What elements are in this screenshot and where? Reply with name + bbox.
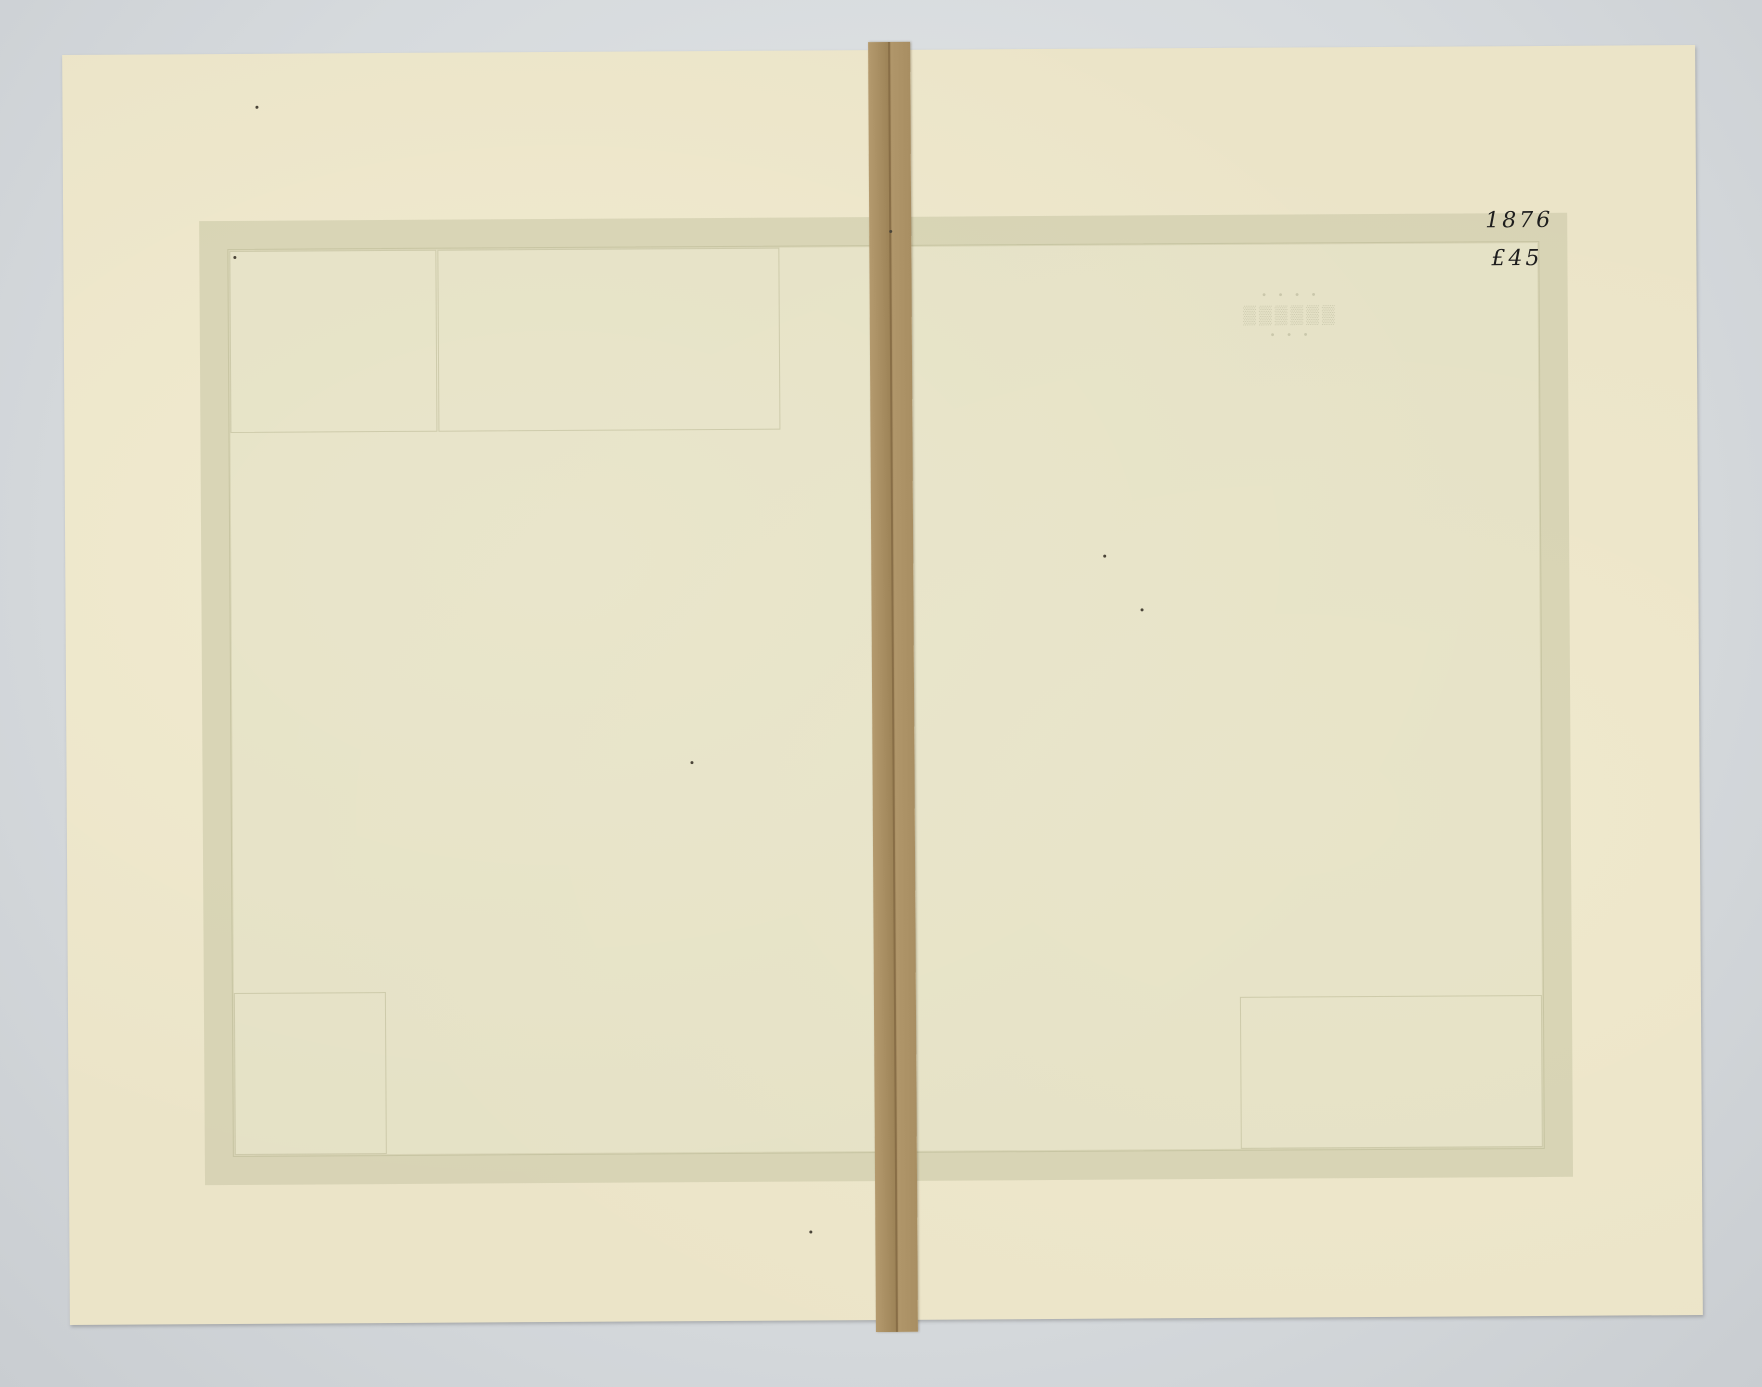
inset-box-top-center: [437, 248, 780, 432]
foxing-spot: [889, 230, 892, 233]
inset-box-bottom-left: [234, 992, 387, 1155]
handwritten-year: 1876: [1485, 208, 1553, 233]
map-sheet-reverse: · · · · ▒▒▒▒▒▒ · · · 1876 £45: [62, 45, 1703, 1325]
center-hinge-tape: [868, 42, 918, 1332]
foxing-spot: [233, 256, 236, 259]
inset-box-bottom-right: [1240, 995, 1543, 1149]
foxing-spot: [255, 106, 258, 109]
show-through-title: · · · · ▒▒▒▒▒▒ · · ·: [1243, 284, 1338, 345]
inset-box-top-left: [229, 250, 437, 433]
foxing-spot: [1141, 608, 1144, 611]
foxing-spot: [809, 1230, 812, 1233]
handwritten-price: £45: [1491, 246, 1542, 271]
foxing-spot: [1103, 555, 1106, 558]
foxing-spot: [690, 761, 693, 764]
